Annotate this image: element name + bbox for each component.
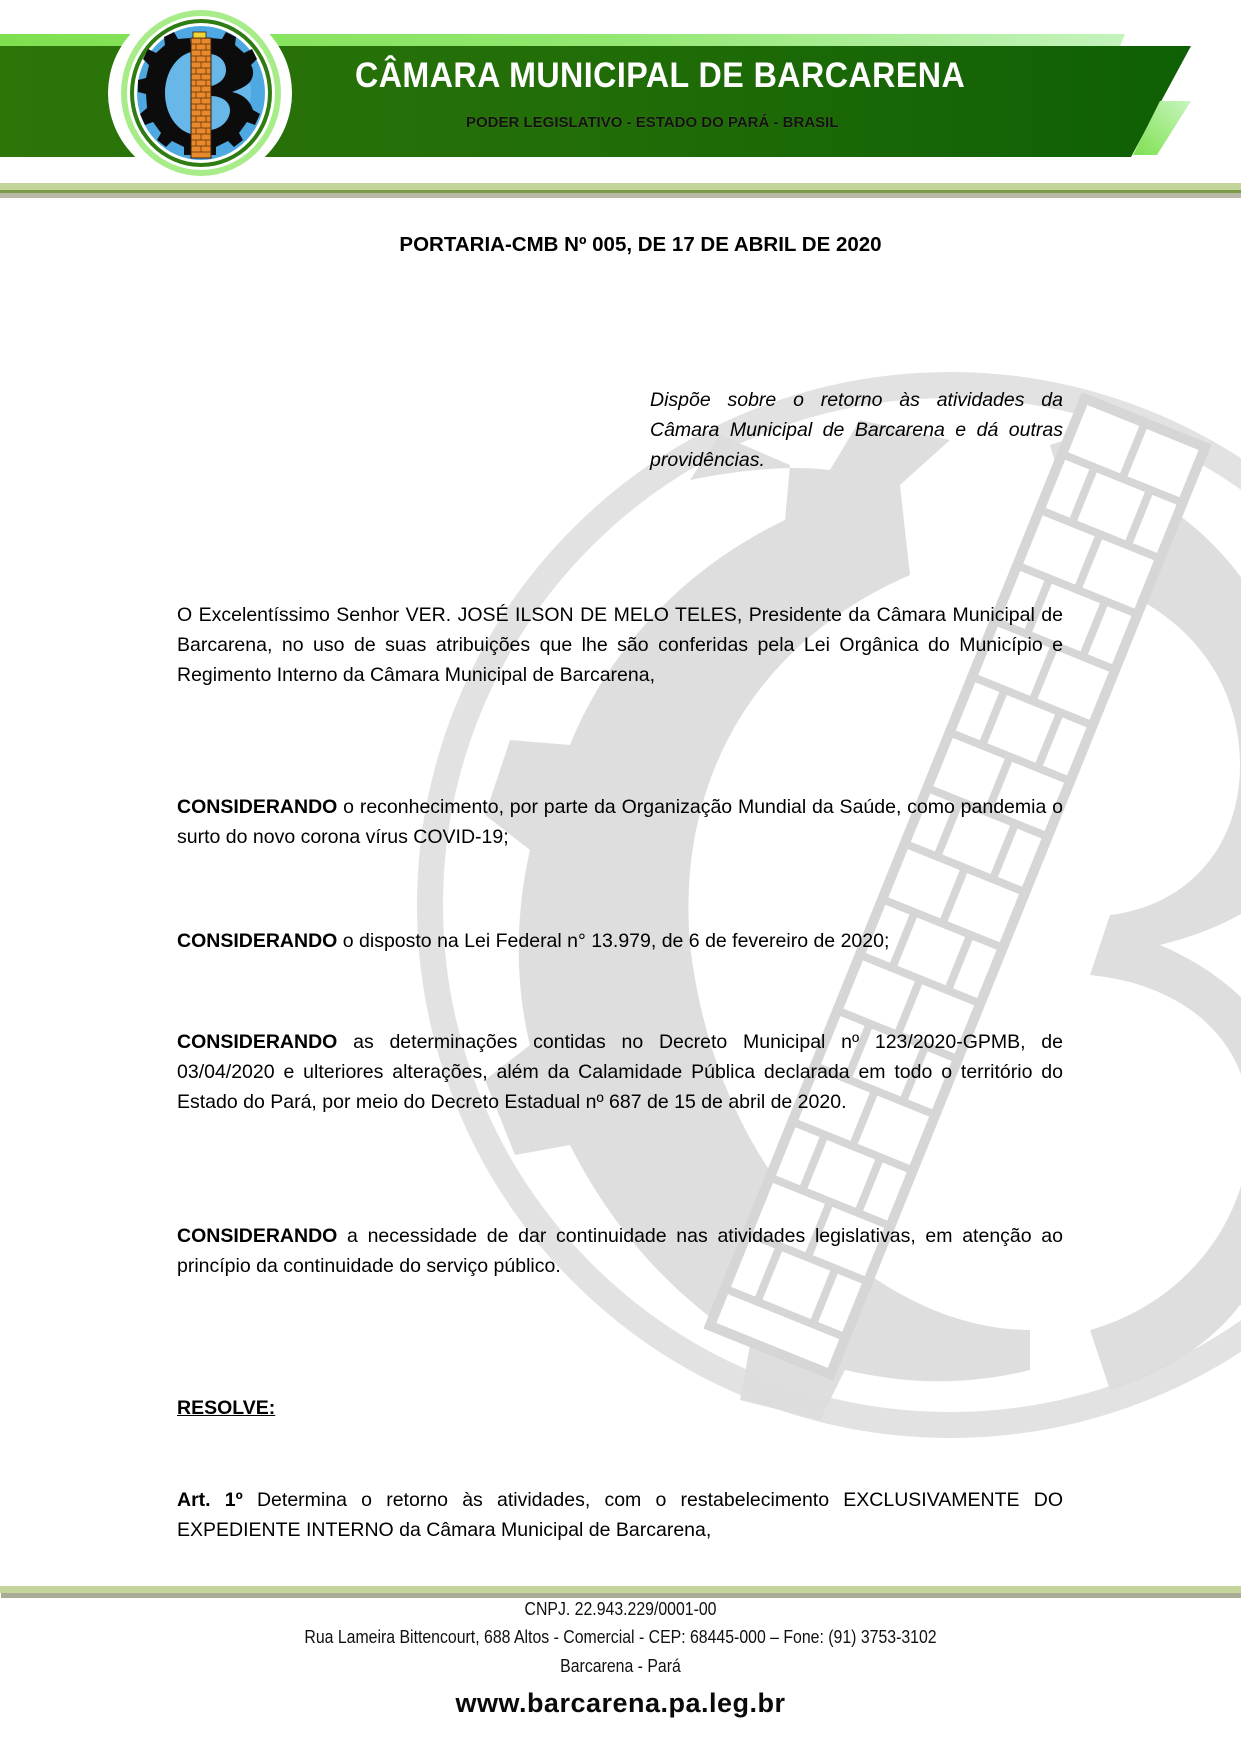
ementa-summary: Dispõe sobre o retorno às atividades da …	[650, 385, 1063, 475]
institution-title: CÂMARA MUNICIPAL DE BARCARENA	[355, 56, 981, 96]
ordinance-title: PORTARIA-CMB Nº 005, DE 17 DE ABRIL DE 2…	[0, 233, 1241, 257]
footer-website-link[interactable]: www.barcarena.pa.leg.br	[0, 1688, 1241, 1719]
intro-paragraph: O Excelentíssimo Senhor VER. JOSÉ ILSON …	[177, 600, 1063, 690]
institution-subtitle: PODER LEGISLATIVO - ESTADO DO PARÁ - BRA…	[466, 114, 839, 131]
article-paragraph: Art. 1º Determina o retorno às atividade…	[177, 1485, 1063, 1545]
considerando-lead: CONSIDERANDO	[177, 1031, 337, 1053]
considerando-paragraph: CONSIDERANDO o reconhecimento, por parte…	[177, 792, 1063, 852]
considerando-lead: CONSIDERANDO	[177, 796, 337, 818]
letterhead-header: CÂMARA MUNICIPAL DE BARCARENA PODER LEGI…	[0, 0, 1241, 205]
footer-address: Rua Lameira Bittencourt, 688 Altos - Com…	[74, 1627, 1166, 1648]
header-separator	[0, 183, 1241, 198]
article-text: Determina o retorno às atividades, com o…	[177, 1489, 1063, 1541]
considerando-text: o disposto na Lei Federal n° 13.979, de …	[337, 930, 889, 952]
article-number: Art. 1º	[177, 1489, 243, 1511]
camara-barcarena-emblem-icon	[118, 8, 284, 178]
footer-city: Barcarena - Pará	[74, 1656, 1166, 1677]
considerando-lead: CONSIDERANDO	[177, 1225, 337, 1247]
footer-cnpj: CNPJ. 22.943.229/0001-00	[74, 1599, 1166, 1620]
considerando-paragraph: CONSIDERANDO a necessidade de dar contin…	[177, 1221, 1063, 1281]
considerando-lead: CONSIDERANDO	[177, 930, 337, 952]
considerando-paragraph: CONSIDERANDO as determinações contidas n…	[177, 1027, 1063, 1117]
resolve-heading: RESOLVE:	[177, 1397, 275, 1420]
footer-separator	[0, 1586, 1241, 1598]
gear-brick-tower-watermark-icon	[390, 345, 1241, 1455]
considerando-paragraph: CONSIDERANDO o disposto na Lei Federal n…	[177, 926, 1063, 956]
